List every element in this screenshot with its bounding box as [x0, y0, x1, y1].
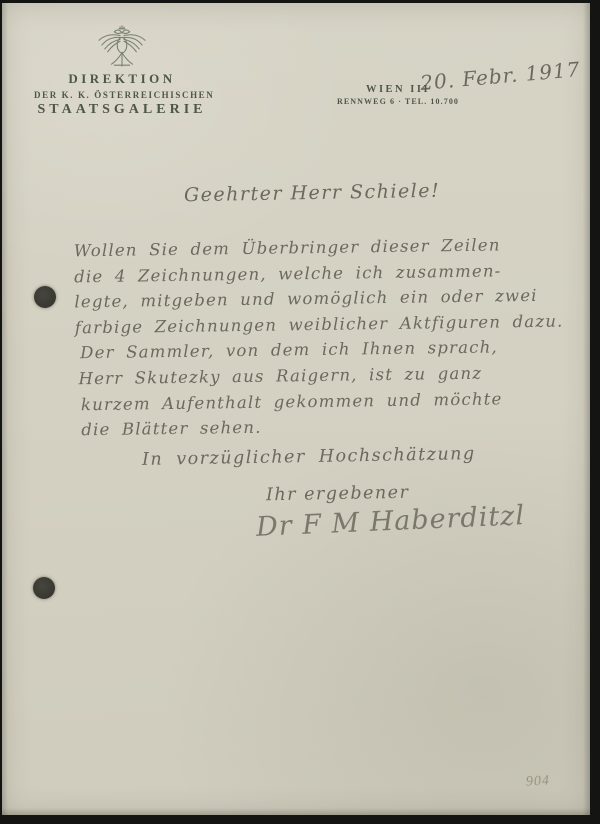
letter-body: Wollen Sie dem Überbringer dieser Zeilen…	[74, 232, 557, 443]
archive-number: 904	[526, 773, 551, 790]
punch-hole-bottom	[33, 577, 55, 599]
punch-hole-top	[34, 286, 56, 308]
org-name-line3: STAATSGALERIE	[34, 102, 210, 118]
double-headed-eagle-icon	[93, 25, 151, 69]
salutation: Geehrter Herr Schiele!	[184, 180, 441, 206]
org-name-line1: DIREKTION	[34, 71, 210, 87]
scanned-letter: DIREKTION DER K. K. ÖSTERREICHISCHEN STA…	[0, 0, 600, 824]
address-street: RENNWEG 6 · TEL. 10.700	[318, 97, 478, 106]
valediction: Ihr ergebener	[266, 483, 410, 506]
org-name-line2: DER K. K. ÖSTERREICHISCHEN	[34, 90, 210, 100]
letterhead: DIREKTION DER K. K. ÖSTERREICHISCHEN STA…	[34, 25, 210, 118]
